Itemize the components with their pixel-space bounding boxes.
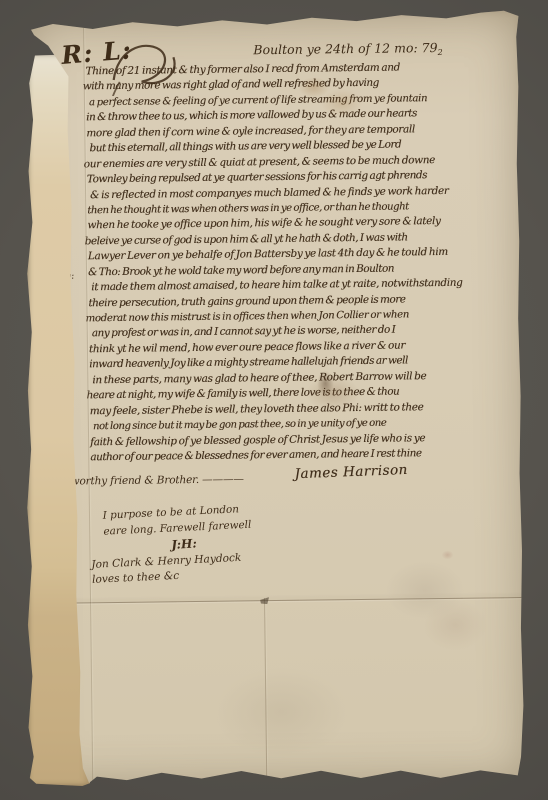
ink-layer: R: L: Boulton ye 24th of 12 mo: 792 Rey:… [23,9,530,789]
letter-body: Thine of 21 instant & thy former also I … [85,59,514,466]
dateline: Boulton ye 24th of 12 mo: 792 [253,40,442,59]
letter-sheet: R: L: Boulton ye 24th of 12 mo: 792 Rey:… [23,9,530,789]
signature: James Harrison [294,462,408,482]
postscript-initials: J:H: [171,536,197,552]
closing-line: worthy friend & Brother. ———— [71,473,244,487]
photographed-manuscript: R: L: Boulton ye 24th of 12 mo: 792 Rey:… [0,0,548,800]
greetings-note: Jon Clark & Henry Haydock loves to thee … [91,551,242,588]
dateline-year-suffix: 2 [438,48,443,57]
postscript: I purpose to be at London eare long. Far… [102,502,251,540]
closing-row: worthy friend & Brother. ———— James Harr… [70,464,500,488]
dateline-text: Boulton ye 24th of 12 mo: 79 [253,40,437,57]
